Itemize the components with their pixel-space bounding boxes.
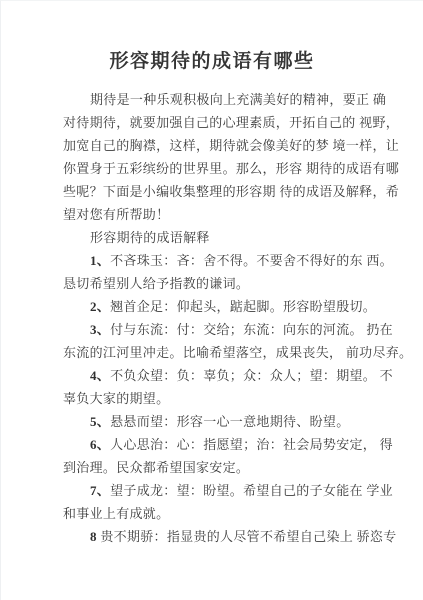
paragraph-line: 你置身于五彩缤纷的世界里。那么，形容 期待的成语有哪 bbox=[63, 157, 393, 180]
section-subheading: 形容期待的成语解释 bbox=[63, 226, 393, 249]
item-number: 3、 bbox=[90, 322, 110, 337]
line-text: 期待是一种乐观积极向上充满美好的精神，要正 确 bbox=[90, 92, 386, 107]
item-number: 7、 bbox=[90, 483, 110, 498]
line-text: 你置身于五彩缤纷的世界里。那么，形容 期待的成语有哪 bbox=[63, 161, 399, 176]
line-text: 悬悬而望：形容一心一意地期待、盼望。 bbox=[110, 414, 349, 429]
list-item-line: 东流的江河里冲走。比喻希望落空，成果丧失， 前功尽弃。 bbox=[63, 341, 393, 364]
list-item-line: 2、翘首企足：仰起头，踮起脚。形容盼望殷切。 bbox=[63, 295, 393, 318]
item-number: 4、 bbox=[90, 368, 110, 383]
item-number: 2、 bbox=[90, 299, 110, 314]
line-text: 些呢？下面是小编收集整理的形容期 待的成语及解释，希 bbox=[63, 184, 399, 199]
item-number: 1、 bbox=[90, 253, 110, 268]
line-text: 望对您有所帮助！ bbox=[63, 207, 169, 222]
list-item-line: 4、不负众望：负：辜负；众：众人；望：期望。 不 bbox=[63, 364, 393, 387]
paragraph-line: 些呢？下面是小编收集整理的形容期 待的成语及解释，希 bbox=[63, 180, 393, 203]
line-text: 不负众望：负：辜负；众：众人；望：期望。 不 bbox=[110, 368, 393, 383]
paragraph-line: 望对您有所帮助！ bbox=[63, 203, 393, 226]
paragraph-line: 期待是一种乐观积极向上充满美好的精神，要正 确 bbox=[63, 88, 393, 111]
list-item-line: 6、人心思治：心：指愿望；治：社会局势安定， 得 bbox=[63, 433, 393, 456]
line-text: 望子成龙：望：盼望。希望自己的子女能在 学业 bbox=[110, 483, 393, 498]
list-item-line: 和事业上有成就。 bbox=[63, 502, 393, 525]
list-item-line: 辜负大家的期望。 bbox=[63, 387, 393, 410]
line-text: 到治理。民众都希望国家安定。 bbox=[63, 460, 249, 475]
line-text: 恳切希望别人给予指教的谦词。 bbox=[63, 276, 249, 291]
item-number: 5、 bbox=[90, 414, 110, 429]
list-item-line: 5、悬悬而望：形容一心一意地期待、盼望。 bbox=[63, 410, 393, 433]
list-item-line: 8 贵不期骄：指显贵的人尽管不希望自己染上 骄恣专 bbox=[63, 525, 393, 548]
line-text: 和事业上有成就。 bbox=[63, 506, 169, 521]
document-body: 期待是一种乐观积极向上充满美好的精神，要正 确 对待期待，就要加强自己的心理素质… bbox=[1, 88, 423, 548]
line-text: 东流的江河里冲走。比喻希望落空，成果丧失， 前功尽弃。 bbox=[63, 345, 412, 360]
list-item-line: 恳切希望别人给予指教的谦词。 bbox=[63, 272, 393, 295]
item-number: 6、 bbox=[90, 437, 110, 452]
line-text: 辜负大家的期望。 bbox=[63, 391, 169, 406]
list-item-line: 到治理。民众都希望国家安定。 bbox=[63, 456, 393, 479]
paragraph-line: 加宽自己的胸襟，这样，期待就会像美好的梦 境一样，让 bbox=[63, 134, 393, 157]
document-page: 形容期待的成语有哪些 期待是一种乐观积极向上充满美好的精神，要正 确 对待期待，… bbox=[0, 0, 423, 600]
line-text: 形容期待的成语解释 bbox=[90, 230, 210, 245]
page-title: 形容期待的成语有哪些 bbox=[1, 1, 423, 74]
paragraph-line: 对待期待，就要加强自己的心理素质，开拓自己的 视野， bbox=[63, 111, 393, 134]
line-text: 贵不期骄：指显贵的人尽管不希望自己染上 骄恣专 bbox=[100, 529, 396, 544]
list-item-line: 1、不吝珠玉：吝：舍不得。不要舍不得好的东 西。 bbox=[63, 249, 393, 272]
line-text: 对待期待，就要加强自己的心理素质，开拓自己的 视野， bbox=[63, 115, 399, 130]
line-text: 付与东流：付：交给；东流：向东的河流。 扔在 bbox=[110, 322, 393, 337]
list-item-line: 7、望子成龙：望：盼望。希望自己的子女能在 学业 bbox=[63, 479, 393, 502]
line-text: 人心思治：心：指愿望；治：社会局势安定， 得 bbox=[110, 437, 393, 452]
line-text: 翘首企足：仰起头，踮起脚。形容盼望殷切。 bbox=[110, 299, 376, 314]
line-text: 加宽自己的胸襟，这样，期待就会像美好的梦 境一样，让 bbox=[63, 138, 399, 153]
list-item-line: 3、付与东流：付：交给；东流：向东的河流。 扔在 bbox=[63, 318, 393, 341]
item-number: 8 bbox=[90, 529, 100, 544]
line-text: 不吝珠玉：吝：舍不得。不要舍不得好的东 西。 bbox=[110, 253, 393, 268]
